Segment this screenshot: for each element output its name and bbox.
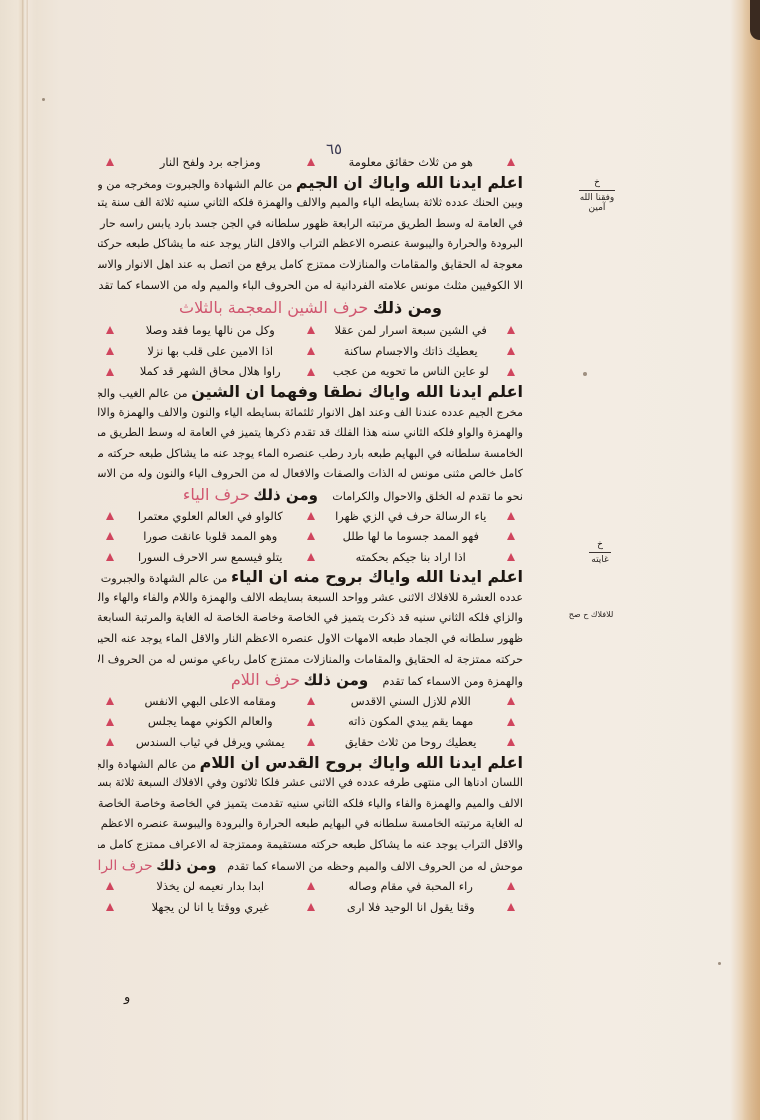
verse-marker-icon <box>307 158 315 166</box>
heading-lead: ومن ذلك <box>156 858 216 874</box>
hemistich: كالواو في العالم العلوي معتمرا <box>118 506 303 527</box>
hemistich: هو من ثلاث حقائق معلومة <box>319 152 504 173</box>
opening-phrase: اعلم ايدنا الله واياك ان الجيم <box>296 173 523 192</box>
hemistich: ابدا بدار نعيمه لن يخذلا <box>118 876 303 897</box>
verse-marker-icon <box>106 697 114 705</box>
hemistich: لو عاين الناس ما تحويه من عجب <box>319 361 504 382</box>
verse-marker-icon <box>307 326 315 334</box>
text-line: موحش له من الحروف الالف والميم وحظه من ا… <box>98 856 523 877</box>
verse-marker-icon <box>106 158 114 166</box>
verse-row: وقتا يقول انا الوحيد فلا ارى غيري ووقتا … <box>98 897 523 918</box>
text-line: اعلم ايدنا الله واياك بروح القدس ان اللا… <box>98 753 523 774</box>
verse-marker-icon <box>106 903 114 911</box>
verse-marker-icon <box>307 532 315 540</box>
verse-marker-icon <box>106 512 114 520</box>
ink-spot <box>718 962 721 965</box>
heading-lead: ومن ذلك <box>373 298 442 317</box>
text-line: نحو ما تقدم له الخلق والاحوال والكرامات … <box>98 485 523 506</box>
verse-marker-icon <box>507 882 515 890</box>
verse-row: ياء الرسالة حرف في الزي ظهرا كالواو في ا… <box>98 506 523 527</box>
hemistich: ومقامه الاعلى البهي الانفس <box>118 691 303 712</box>
verse-marker-icon <box>307 368 315 376</box>
rubric-title: حرف الشين المعجمة بالثلاث <box>179 298 368 317</box>
verse-marker-icon <box>507 738 515 746</box>
verse-marker-icon <box>307 903 315 911</box>
hemistich: اللام للازل السني الاقدس <box>319 691 504 712</box>
verse-marker-icon <box>106 738 114 746</box>
text-line: معوجة له الحقايق والمقامات والمنازلات مم… <box>98 255 523 276</box>
verse-marker-icon <box>307 347 315 355</box>
ink-spot <box>583 372 587 376</box>
text-line: الخامسة سلطانه في البهايم طبعه بارد رطب … <box>98 444 523 465</box>
hemistich: يتلو فيسمع سر الاحرف السورا <box>118 547 303 568</box>
text-line: والاقل التراب يوجد عنه ما يشاكل طبعه حرك… <box>98 835 523 856</box>
text-line: عدده العشرة للافلاك الاثنى عشر وواحد الس… <box>98 588 523 609</box>
verse-row: في الشين سبعة اسرار لمن عقلا وكل من ناله… <box>98 320 523 341</box>
verse-row: اللام للازل السني الاقدس ومقامه الاعلى ا… <box>98 691 523 712</box>
verse-marker-icon <box>307 697 315 705</box>
verse-marker-icon <box>507 368 515 376</box>
verse-marker-icon <box>106 326 114 334</box>
rubric-title: حرف اللام <box>231 670 300 689</box>
heading-lead: ومن ذلك <box>253 486 318 504</box>
section-heading-shin: ومن ذلك حرف الشين المعجمة بالثلاث <box>98 296 523 320</box>
hemistich: والعالم الكوني مهما يجلس <box>118 711 303 732</box>
verse-marker-icon <box>507 326 515 334</box>
verse-row: مهما يقم يبدي المكون ذاته والعالم الكوني… <box>98 711 523 732</box>
opening-phrase: اعلم ايدنا الله واياك بروح منه ان الياء <box>231 567 523 586</box>
hemistich: راء المحبة في مقام وصاله <box>319 876 504 897</box>
line-text: والهمزة ومن الاسماء كما تقدم <box>383 675 524 688</box>
verse-marker-icon <box>106 718 114 726</box>
hemistich: ومزاجه برد ولفح النار <box>118 152 303 173</box>
verse-row: اذا اراد بنا جيكم بحكمته يتلو فيسمع سر ا… <box>98 547 523 568</box>
hemistich: مهما يقم يبدي المكون ذاته <box>319 711 504 732</box>
verse-row: يعطيك روحا من ثلاث حقايق يمشي ويرفل في ث… <box>98 732 523 753</box>
margin-note-text: للافلاك ح صح <box>566 610 616 619</box>
margin-note-text: وفقنا الله <box>572 193 622 203</box>
text-line: والهمزة ومن الاسماء كما تقدم ومن ذلك حرف… <box>98 670 523 691</box>
heading-lead: ومن ذلك <box>304 671 369 689</box>
text-line: في العامة له وسط الطريق مرتبته الرابعة ظ… <box>98 214 523 235</box>
margin-note-text: آمين <box>572 203 622 213</box>
hemistich: وهو الممد قلوبا عانقت صورا <box>118 526 303 547</box>
text-line: والهمزة والواو فلكه الثاني سنه هذا الفلك… <box>98 423 523 444</box>
margin-note: للافلاك ح صح <box>566 610 616 619</box>
verse-marker-icon <box>507 532 515 540</box>
hemistich: اذا اراد بنا جيكم بحكمته <box>319 547 504 568</box>
line-text: من عالم الغيب والجبروت الاوسط منه مخرجه <box>98 387 188 400</box>
text-line: الالف والميم والهمزة والفاء والياء فلكه … <box>98 794 523 815</box>
verse-marker-icon <box>307 882 315 890</box>
main-text-block: هو من ثلاث حقائق معلومة ومزاجه برد ولفح … <box>98 148 523 917</box>
verse-marker-icon <box>307 512 315 520</box>
margin-sigla: خ <box>597 540 603 550</box>
verse-marker-icon <box>106 532 114 540</box>
background-corner <box>750 0 760 40</box>
margin-note: خ وفقنا الله آمين <box>572 178 622 213</box>
margin-note-text: غايته <box>580 555 620 565</box>
verse-marker-icon <box>307 738 315 746</box>
verse-row: هو من ثلاث حقائق معلومة ومزاجه برد ولفح … <box>98 152 523 173</box>
line-text: نحو ما تقدم له الخلق والاحوال والكرامات <box>332 490 523 503</box>
page-fore-edge <box>742 0 760 1120</box>
verse-marker-icon <box>307 553 315 561</box>
text-line: البرودة والحرارة واليبوسة عنصره الاعظم ا… <box>98 234 523 255</box>
hemistich: غيري ووقتا يا انا لن يجهلا <box>118 897 303 918</box>
verse-marker-icon <box>507 903 515 911</box>
verse-marker-icon <box>106 347 114 355</box>
line-text: من عالم الشهادة والجبروت مخرجه من حافة <box>98 758 196 771</box>
line-text: موحش له من الحروف الالف والميم وحظه من ا… <box>227 860 523 873</box>
hemistich: يعطيك روحا من ثلاث حقايق <box>319 732 504 753</box>
margin-sigla: خ <box>594 178 600 188</box>
hemistich: فهو الممد جسوما ما لها طلل <box>319 526 504 547</box>
text-line: اعلم ايدنا الله واياك نطقا وفهما ان الشي… <box>98 382 523 403</box>
hemistich: في الشين سبعة اسرار لمن عقلا <box>319 320 504 341</box>
hemistich: وقتا يقول انا الوحيد فلا ارى <box>319 897 504 918</box>
text-line: له الغاية مرتبته الخامسة سلطانه في البها… <box>98 814 523 835</box>
verse-marker-icon <box>106 368 114 376</box>
text-line: حركته ممتزجة له الحقايق والمقامات والمنا… <box>98 650 523 671</box>
opening-phrase: اعلم ايدنا الله واياك نطقا وفهما ان الشي… <box>191 382 523 401</box>
text-line: ظهور سلطانه في الجماد طبعه الامهات الاول… <box>98 629 523 650</box>
hemistich: يمشي ويرفل في ثياب السندس <box>118 732 303 753</box>
hemistich: اذا الامين على قلب بها نزلا <box>118 341 303 362</box>
hemistich: ياء الرسالة حرف في الزي ظهرا <box>319 506 504 527</box>
verse-row: لو عاين الناس ما تحويه من عجب راوا هلال … <box>98 361 523 382</box>
verse-row: راء المحبة في مقام وصاله ابدا بدار نعيمه… <box>98 876 523 897</box>
text-line: اللسان ادناها الى منتهى طرفه عدده في الا… <box>98 773 523 794</box>
verse-marker-icon <box>106 882 114 890</box>
verse-row: فهو الممد جسوما ما لها طلل وهو الممد قلو… <box>98 526 523 547</box>
hemistich: وكل من نالها يوما فقد وصلا <box>118 320 303 341</box>
margin-rule <box>579 190 615 191</box>
hemistich: راوا هلال محاق الشهر قد كملا <box>118 361 303 382</box>
hemistich: يعطيك ذاتك والاجسام ساكنة <box>319 341 504 362</box>
verse-marker-icon <box>507 347 515 355</box>
catchword: و <box>124 990 130 1005</box>
text-line: كامل خالص مثنى مونس له الذات والصفات وال… <box>98 464 523 485</box>
binding-gutter <box>22 0 28 1120</box>
verse-row: يعطيك ذاتك والاجسام ساكنة اذا الامين على… <box>98 341 523 362</box>
verse-marker-icon <box>507 718 515 726</box>
ink-spot <box>42 98 45 101</box>
rubric-title: حرف الراء <box>98 858 153 874</box>
text-line: والزاي فلكه الثاني سنيه قد ذكرت يتميز في… <box>98 608 523 629</box>
line-text: من عالم الشهادة والجبروت ومخرجه من وسط ا… <box>98 178 292 191</box>
rubric-title: حرف الياء <box>183 485 250 504</box>
verse-marker-icon <box>507 553 515 561</box>
opening-phrase: اعلم ايدنا الله واياك بروح القدس ان اللا… <box>200 753 523 772</box>
verse-marker-icon <box>507 512 515 520</box>
verse-marker-icon <box>507 697 515 705</box>
text-line: اعلم ايدنا الله واياك ان الجيم من عالم ا… <box>98 173 523 194</box>
margin-note: خ غايته <box>580 540 620 565</box>
verse-marker-icon <box>106 553 114 561</box>
text-line: الا الكوفيين مثلث مونس علامته الفردانية … <box>98 276 523 297</box>
margin-rule <box>589 552 611 553</box>
text-line: وبين الحنك عدده ثلاثة بسايطه الياء والمي… <box>98 193 523 214</box>
text-line: اعلم ايدنا الله واياك بروح منه ان الياء … <box>98 567 523 588</box>
verse-marker-icon <box>307 718 315 726</box>
line-text: من عالم الشهادة والجبروت مخرجه مخرج الشي… <box>98 572 227 585</box>
verse-marker-icon <box>507 158 515 166</box>
manuscript-page: ٦٥ هو من ثلاث حقائق معلومة ومزاجه برد ول… <box>0 0 760 1120</box>
text-line: مخرج الجيم عدده عندنا الف وعند اهل الانو… <box>98 403 523 424</box>
